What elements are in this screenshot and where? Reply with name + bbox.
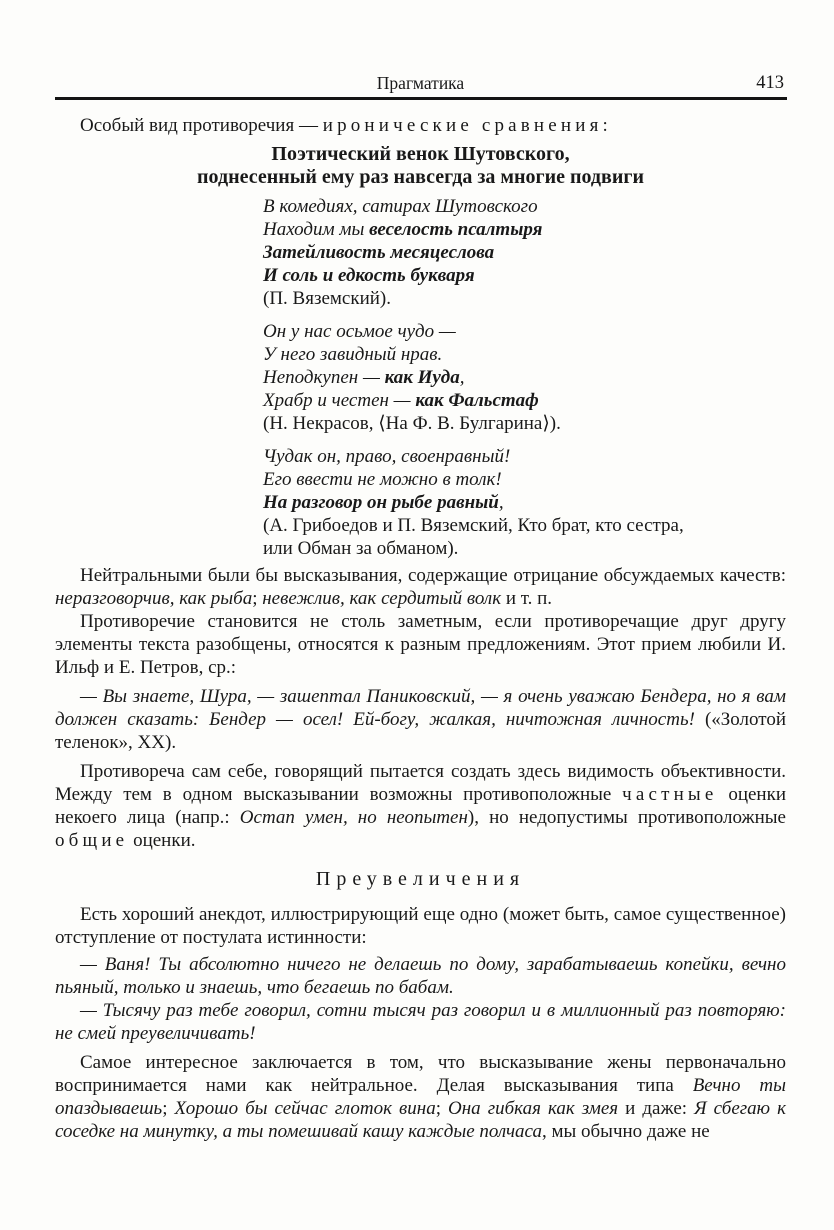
epigraph-title-line1: Поэтический венок Шутовского,: [55, 143, 786, 166]
section-heading: Преувеличения: [55, 868, 786, 891]
verse-text: ,: [499, 492, 504, 513]
paragraph-objectivity: Противореча сам себе, говорящий пытается…: [55, 760, 786, 852]
body-text: и т. п.: [501, 588, 552, 609]
intro-tail: :: [603, 115, 608, 136]
paragraph-neutral: Нейтральными были бы высказывания, содер…: [55, 564, 786, 610]
body-text: оценки.: [128, 830, 195, 851]
verse-line: У него завидный нрав.: [263, 343, 786, 366]
verse-line: Находим мы веселость псалтыря: [263, 218, 786, 241]
verse-source: (А. Грибоедов и П. Вяземский, Кто брат, …: [263, 514, 786, 537]
verse-text: Неподкупен —: [263, 367, 385, 388]
paragraph-anecdote: Есть хороший анекдот, иллюстрирующий еще…: [55, 903, 786, 949]
verse-text-bold: как Иуда: [385, 367, 460, 388]
verse-text-bold: веселость псалтыря: [369, 219, 542, 240]
example-italic: неразговорчив, как рыба: [55, 588, 252, 609]
intro-spaced-term: иронические сравнения: [323, 115, 603, 136]
paragraph-intro: Особый вид противоречия — иронические ср…: [55, 114, 786, 137]
body-text: Самое интересное заключается в том, что …: [55, 1052, 786, 1096]
verse-text-bold: как Фальстаф: [415, 390, 538, 411]
verse-text: ,: [460, 367, 465, 388]
page-header: Прагматика 413: [55, 0, 786, 94]
verse-nekrasov: Он у нас осьмое чудо — У него завидный н…: [263, 320, 786, 435]
dialogue-wife: — Ваня! Ты абсолютно ничего не делаешь п…: [55, 953, 786, 999]
verse-text-bold: На разговор он рыбе равный: [263, 492, 499, 513]
epigraph-title-line2: поднесенный ему раз навсегда за многие п…: [55, 166, 786, 189]
example-italic: Она гибкая как змея: [448, 1098, 618, 1119]
verse-line: Его ввести не можно в толк!: [263, 468, 786, 491]
book-page: Прагматика 413 Особый вид противоречия —…: [0, 0, 834, 1230]
quote-panikovsky: — Вы знаете, Шура, — зашептал Паниковски…: [55, 685, 786, 754]
body-text: , мы обычно даже не: [542, 1121, 710, 1142]
verse-vyazemsky: В комедиях, сатирах Шутовского Находим м…: [263, 195, 786, 310]
running-title: Прагматика: [377, 73, 464, 93]
intro-lead: Особый вид противоречия —: [80, 115, 323, 136]
verse-line: На разговор он рыбе равный,: [263, 491, 786, 514]
paragraph-contradiction: Противоречие становится не столь заметны…: [55, 610, 786, 679]
header-rule: [55, 97, 787, 100]
verse-line: И соль и едкость букваря: [263, 264, 786, 287]
verse-line: Он у нас осьмое чудо —: [263, 320, 786, 343]
body-text: Нейтральными были бы высказывания, содер…: [80, 565, 786, 586]
example-italic: Остап умен, но неопытен: [240, 807, 468, 828]
verse-text: Храбр и честен —: [263, 390, 415, 411]
quote-italic-text: — Вы знаете, Шура, — зашептал Паниковски…: [55, 686, 786, 730]
dialogue-husband: — Тысячу раз тебе говорил, сотни тысяч р…: [55, 999, 786, 1045]
verse-line: В комедиях, сатирах Шутовского: [263, 195, 786, 218]
example-italic: Хорошо бы сейчас глоток вина: [175, 1098, 436, 1119]
verse-text: Находим мы: [263, 219, 369, 240]
verse-griboedov: Чудак он, право, своенравный! Его ввести…: [263, 445, 786, 560]
body-text: ;: [252, 588, 262, 609]
verse-source: (Н. Некрасов, ⟨На Ф. В. Булгарина⟩).: [263, 412, 786, 435]
verse-line: Затейливость месяцеслова: [263, 241, 786, 264]
verse-source: или Обман за обманом).: [263, 537, 786, 560]
epigraph-title: Поэтический венок Шутовского, поднесенны…: [55, 143, 786, 189]
paragraph-final: Самое интересное заключается в том, что …: [55, 1051, 786, 1143]
body-text: ;: [436, 1098, 448, 1119]
body-text: ), но недопустимы противоположные: [468, 807, 786, 828]
page-number: 413: [756, 72, 784, 94]
verse-source: (П. Вяземский).: [263, 287, 786, 310]
verse-line: Храбр и честен — как Фальстаф: [263, 389, 786, 412]
body-text: и даже:: [618, 1098, 694, 1119]
body-text: ;: [162, 1098, 174, 1119]
verse-line: Неподкупен — как Иуда,: [263, 366, 786, 389]
example-italic: невежлив, как сердитый волк: [262, 588, 501, 609]
verse-line: Чудак он, право, своенравный!: [263, 445, 786, 468]
page-body: Особый вид противоречия — иронические ср…: [55, 114, 786, 1143]
spaced-term: частные: [622, 784, 717, 805]
spaced-term: общие: [55, 830, 128, 851]
